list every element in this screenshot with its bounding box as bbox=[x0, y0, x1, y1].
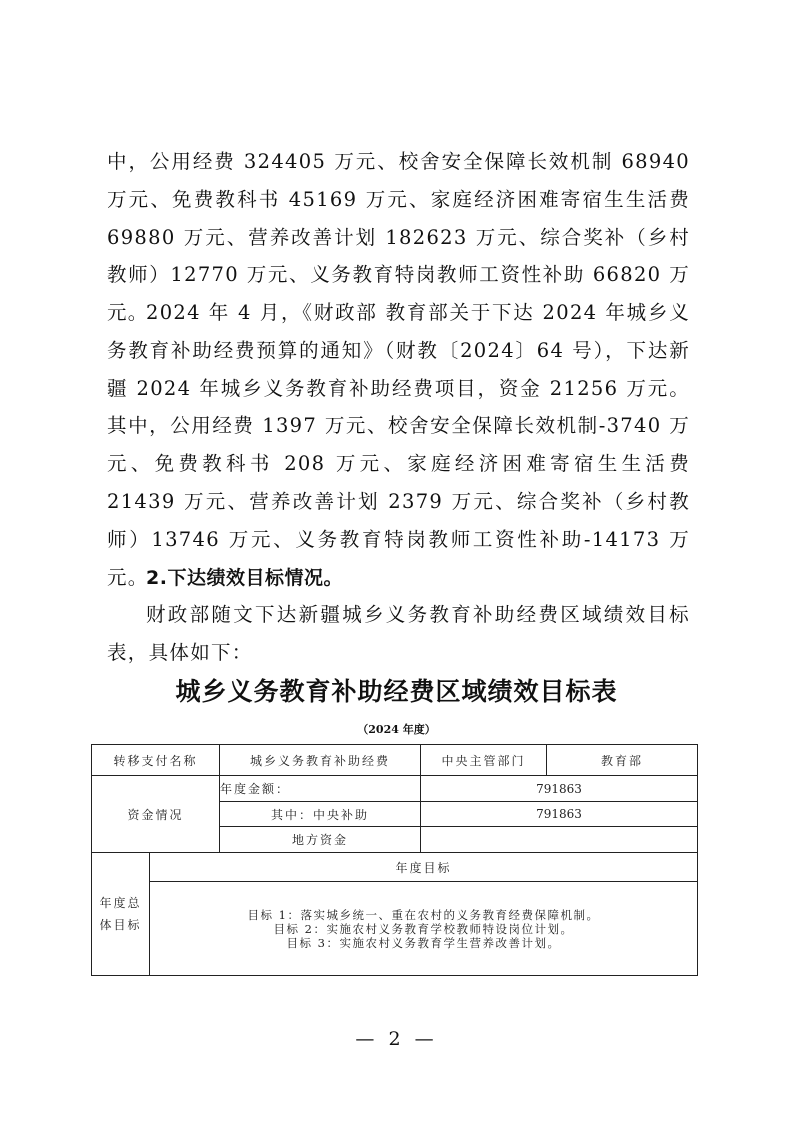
section-heading: 2.下达绩效目标情况。 bbox=[146, 563, 343, 590]
paragraph-2024-allocation: 2024 年 4 月，《财政部 教育部关于下达 2024 年城乡义务教育补助经费… bbox=[107, 294, 690, 596]
goal-item: 目标 3：实施农村义务教育学生营养改善计划。 bbox=[150, 936, 697, 950]
overall-goal-label-line1: 年度总 bbox=[92, 892, 149, 914]
table-title: 城乡义务教育补助经费区域绩效目标表 bbox=[0, 672, 793, 708]
dept-label: 中央主管部门 bbox=[421, 745, 547, 776]
local-funds-label: 地方资金 bbox=[220, 827, 421, 853]
central-subsidy-value: 791863 bbox=[421, 802, 698, 827]
table-year: （2024 年度） bbox=[0, 721, 793, 737]
transfer-name-label: 转移支付名称 bbox=[92, 745, 220, 776]
dept-value: 教育部 bbox=[547, 745, 698, 776]
annual-goal-header: 年度目标 bbox=[150, 853, 698, 882]
transfer-name-value: 城乡义务教育补助经费 bbox=[220, 745, 421, 776]
central-subsidy-label: 其中：中央补助 bbox=[220, 802, 421, 827]
local-funds-value bbox=[421, 827, 698, 853]
goal-item: 目标 2：实施农村义务教育学校教师特设岗位计划。 bbox=[150, 922, 697, 936]
annual-amount-label: 年度金额： bbox=[220, 776, 421, 802]
annual-goal-list: 目标 1：落实城乡统一、重在农村的义务教育经费保障机制。 目标 2：实施农村义务… bbox=[150, 882, 698, 976]
funds-label: 资金情况 bbox=[92, 776, 220, 853]
overall-goal-label-line2: 体目标 bbox=[92, 914, 149, 936]
performance-target-table: 转移支付名称 城乡义务教育补助经费 中央主管部门 教育部 资金情况 年度金额： … bbox=[91, 744, 698, 976]
overall-goal-label: 年度总 体目标 bbox=[92, 853, 150, 976]
goal-item: 目标 1：落实城乡统一、重在农村的义务教育经费保障机制。 bbox=[150, 908, 697, 922]
page-number: — 2 — bbox=[0, 1028, 793, 1050]
paragraph-target-intro: 财政部随文下达新疆城乡义务教育补助经费区域绩效目标表，具体如下： bbox=[107, 596, 690, 672]
annual-amount-value: 791863 bbox=[421, 776, 698, 802]
